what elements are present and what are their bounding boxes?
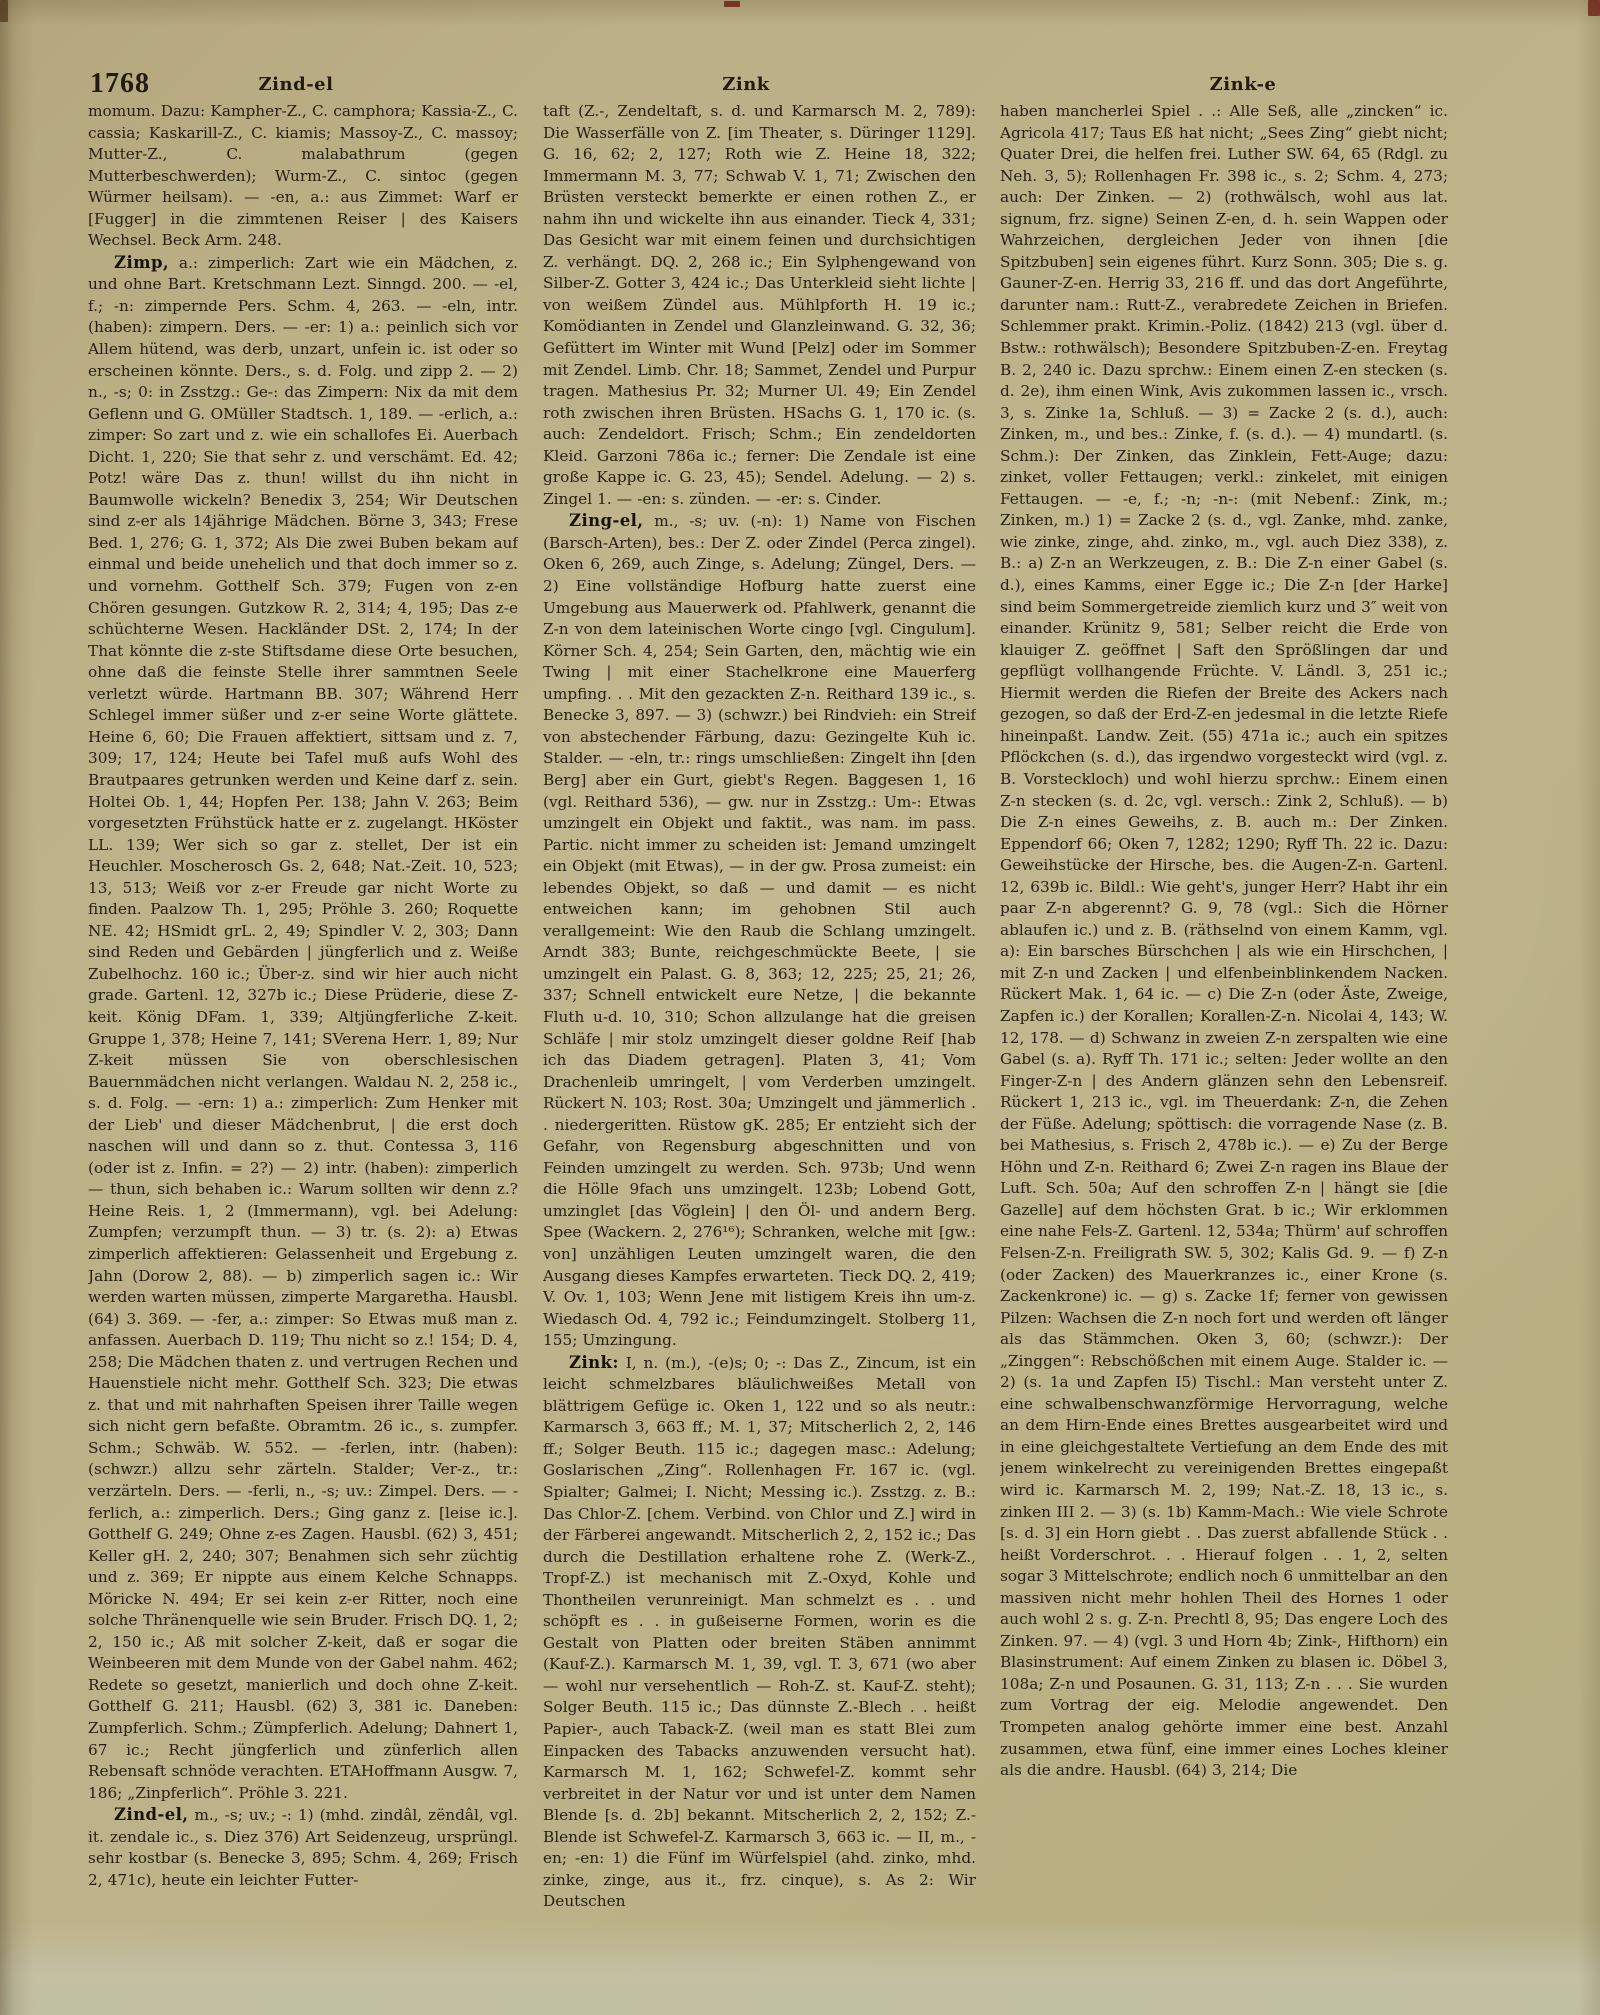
entry-headword: Zimp, bbox=[114, 253, 169, 272]
text-column-2: taft (Z.-, Zendeltaft, s. d. und Karmars… bbox=[543, 101, 976, 1949]
running-head-left: Zind-el bbox=[259, 74, 334, 95]
running-head-center: Zink bbox=[722, 74, 770, 95]
page-header: 1768 Zind-el Zink Zink-e bbox=[0, 0, 1600, 110]
running-head-right: Zink-e bbox=[1210, 74, 1277, 95]
continuation-paragraph: momum. Dazu: Kampher-Z., C. camphora; Ka… bbox=[88, 101, 518, 252]
entry-paragraph: Zind-el, m., -s; uv.; -: 1) (mhd. zindâl… bbox=[88, 1804, 518, 1891]
page-number: 1768 bbox=[90, 68, 150, 100]
entry-text: a.: zimperlich: Zart wie ein Mädchen, z.… bbox=[88, 254, 518, 1802]
continuation-paragraph: taft (Z.-, Zendeltaft, s. d. und Karmars… bbox=[543, 101, 976, 510]
entry-text: momum. Dazu: Kampher-Z., C. camphora; Ka… bbox=[88, 102, 518, 249]
continuation-paragraph: haben mancherlei Spiel . .: Alle Seß, al… bbox=[1000, 101, 1448, 1782]
entry-text: taft (Z.-, Zendeltaft, s. d. und Karmars… bbox=[543, 102, 976, 508]
entry-headword: Zing-el, bbox=[569, 511, 643, 530]
entry-paragraph: Zing-el, m., -s; uv. (-n): 1) Name von F… bbox=[543, 510, 976, 1351]
entry-paragraph: Zink: I, n. (m.), -(e)s; 0; -: Das Z., Z… bbox=[543, 1352, 976, 1913]
entry-text: m., -s; uv. (-n): 1) Name von Fischen (B… bbox=[543, 512, 976, 1349]
scanned-dictionary-page: { "page": { "number": "1768", "running_h… bbox=[0, 0, 1600, 2015]
entry-text: I, n. (m.), -(e)s; 0; -: Das Z., Zincum,… bbox=[543, 1354, 976, 1911]
entry-paragraph: Zimp, a.: zimperlich: Zart wie ein Mädch… bbox=[88, 252, 518, 1804]
text-column-3: haben mancherlei Spiel . .: Alle Seß, al… bbox=[1000, 101, 1448, 1949]
entry-text: haben mancherlei Spiel . .: Alle Seß, al… bbox=[1000, 102, 1448, 1779]
text-column-1: momum. Dazu: Kampher-Z., C. camphora; Ka… bbox=[88, 101, 518, 1949]
entry-headword: Zink: bbox=[569, 1353, 619, 1372]
entry-headword: Zind-el, bbox=[114, 1805, 188, 1824]
